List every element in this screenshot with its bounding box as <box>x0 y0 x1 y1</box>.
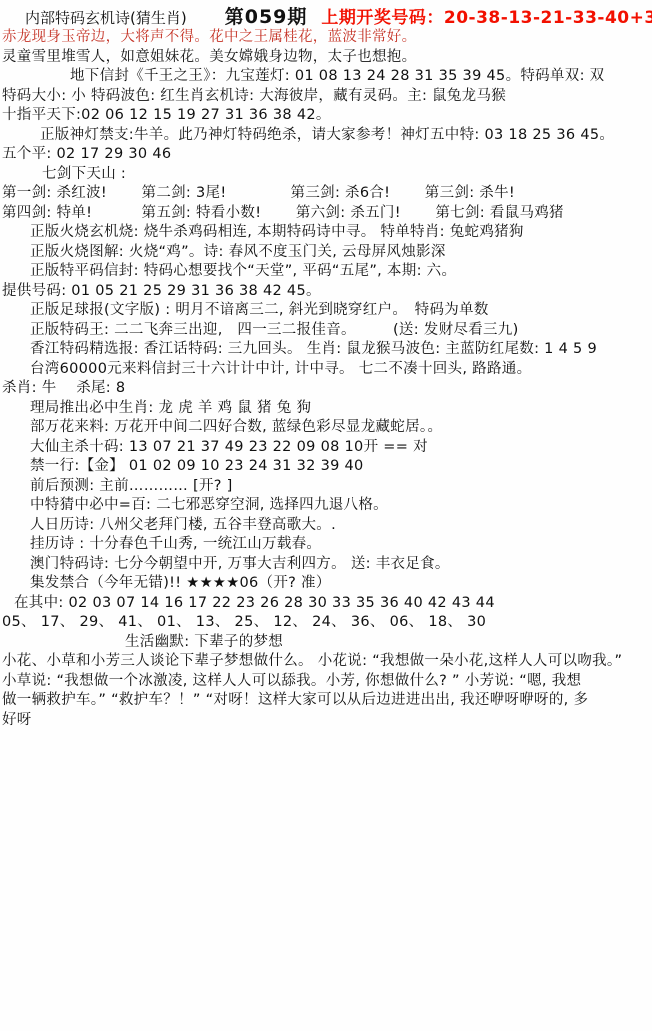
document-body: 赤龙现身玉帝边，大将声不得。花中之王属桂花，蓝波非常好。灵童雪里堆雪人，如意姐妹… <box>0 28 652 730</box>
last-draw-numbers: 20-38-13-21-33-40+31 <box>444 8 652 28</box>
text-line: 正版特码王: 二二飞奔三出迎, 四一三二报佳音。 (送: 发财尽看三九) <box>0 321 652 341</box>
text-line: 挂历诗 : 十分春色千山秀, 一统江山万载春。 <box>0 535 652 555</box>
text-line: 生活幽默: 下辈子的梦想 <box>0 633 652 653</box>
text-line: 澳门特码诗: 七分今朝望中开, 万事大吉利四方。 送: 丰衣足食。 <box>0 555 652 575</box>
text-line: 香江特码精选报: 香江话特码: 三九回头。 生肖: 鼠龙猴马波色: 主蓝防红尾数… <box>0 340 652 360</box>
text-line: 第四剑: 特单! 第五剑: 特看小数! 第六剑: 杀五门! 第七剑: 看鼠马鸡猪 <box>0 204 652 224</box>
text-line: 七剑下天山 : <box>0 165 652 185</box>
text-line: 五个平: 02 17 29 30 46 <box>0 145 652 165</box>
text-line: 赤龙现身玉帝边，大将声不得。花中之王属桂花，蓝波非常好。 <box>0 28 652 48</box>
lottery-tip-sheet: 内部特码玄机诗(猜生肖)第059期上期开奖号码：20-38-13-21-33-4… <box>0 0 652 1031</box>
text-line: 灵童雪里堆雪人，如意姐妹花。美女嫦娥身边物，太子也想抱。 <box>0 48 652 68</box>
text-line: 正版特平码信封: 特码心想要找个“天堂”, 平码“五尾”, 本期: 六。 <box>0 262 652 282</box>
text-line: 集发禁合（今年无错)!! ★★★★06（开? 准） <box>0 574 652 594</box>
text-line: 人日历诗: 八州父老拜门楼, 五谷丰登高歌大。. <box>0 516 652 536</box>
issue-number: 第059期 <box>225 6 308 28</box>
text-line: 大仙主杀十码: 13 07 21 37 49 23 22 09 08 10开 =… <box>0 438 652 458</box>
text-line: 十指平天下:02 06 12 15 19 27 31 36 38 42。 <box>0 106 652 126</box>
text-line: 禁一行:【金】 01 02 09 10 23 24 31 32 39 40 <box>0 457 652 477</box>
text-line: 第一剑: 杀红波! 第二剑: 3尾! 第三剑: 杀6合! 第三剑: 杀牛! <box>0 184 652 204</box>
text-line: 中特猜中必中=百: 二七邪恶穿空洞, 选择四九退八格。 <box>0 496 652 516</box>
text-line: 台湾60000元来料信封三十六计计中计, 计中寻。 七二不凑十回头, 路路通。 <box>0 360 652 380</box>
text-line: 做一辆救护车。” “救护车？！” “对呀！这样大家可以从后边进进出出, 我还咿呀… <box>0 691 652 711</box>
text-line: 小草说: “我想做一个冰激凌, 这样人人可以舔我。小芳, 你想做什么? ” 小芳… <box>0 672 652 692</box>
text-line: 在其中: 02 03 07 14 16 17 22 23 26 28 30 33… <box>0 594 652 614</box>
text-line: 正版火烧玄机烧: 烧牛杀鸡码相连, 本期特码诗中寻。 特单特肖: 兔蛇鸡猪狗 <box>0 223 652 243</box>
text-line: 正版神灯禁支:牛羊。此乃神灯特码绝杀，请大家参考！神灯五中特: 03 18 25… <box>0 126 652 146</box>
text-line: 理局推出必中生肖: 龙 虎 羊 鸡 鼠 猪 兔 狗 <box>0 399 652 419</box>
text-line: 杀肖: 牛 杀尾: 8 <box>0 379 652 399</box>
text-line: 特码大小: 小 特码波色: 红生肖玄机诗: 大海彼岸，藏有灵码。主: 鼠兔龙马猴 <box>0 87 652 107</box>
last-draw-result: 上期开奖号码：20-38-13-21-33-40+31 <box>321 8 652 28</box>
text-line: 05、 17、 29、 41、 01、 13、 25、 12、 24、 36、 … <box>0 613 652 633</box>
text-line: 正版火烧图解: 火烧“鸡”。诗: 春风不度玉门关, 云母屏风烛影深 <box>0 243 652 263</box>
text-line: 正版足球报(文字版) : 明月不谙离三二, 斜光到晓穿红户。 特码为单数 <box>0 301 652 321</box>
header: 内部特码玄机诗(猜生肖)第059期上期开奖号码：20-38-13-21-33-4… <box>0 6 652 28</box>
text-line: 提供号码: 01 05 21 25 29 31 36 38 42 45。 <box>0 282 652 302</box>
text-line: 前后预测: 主前………… [开? ] <box>0 477 652 497</box>
text-line: 好呀 <box>0 711 652 731</box>
text-line: 部万花来料: 万花开中间二四好合数, 蓝绿色彩尽显龙藏蛇居。。 <box>0 418 652 438</box>
text-line: 地下信封《千王之王》：九宝莲灯: 01 08 13 24 28 31 35 39… <box>0 67 652 87</box>
text-line: 小花、小草和小芳三人谈论下辈子梦想做什么。 小花说: “我想做一朵小花,这样人人… <box>0 652 652 672</box>
sheet-title: 内部特码玄机诗(猜生肖) <box>25 9 187 27</box>
last-draw-label: 上期开奖号码： <box>321 8 444 28</box>
